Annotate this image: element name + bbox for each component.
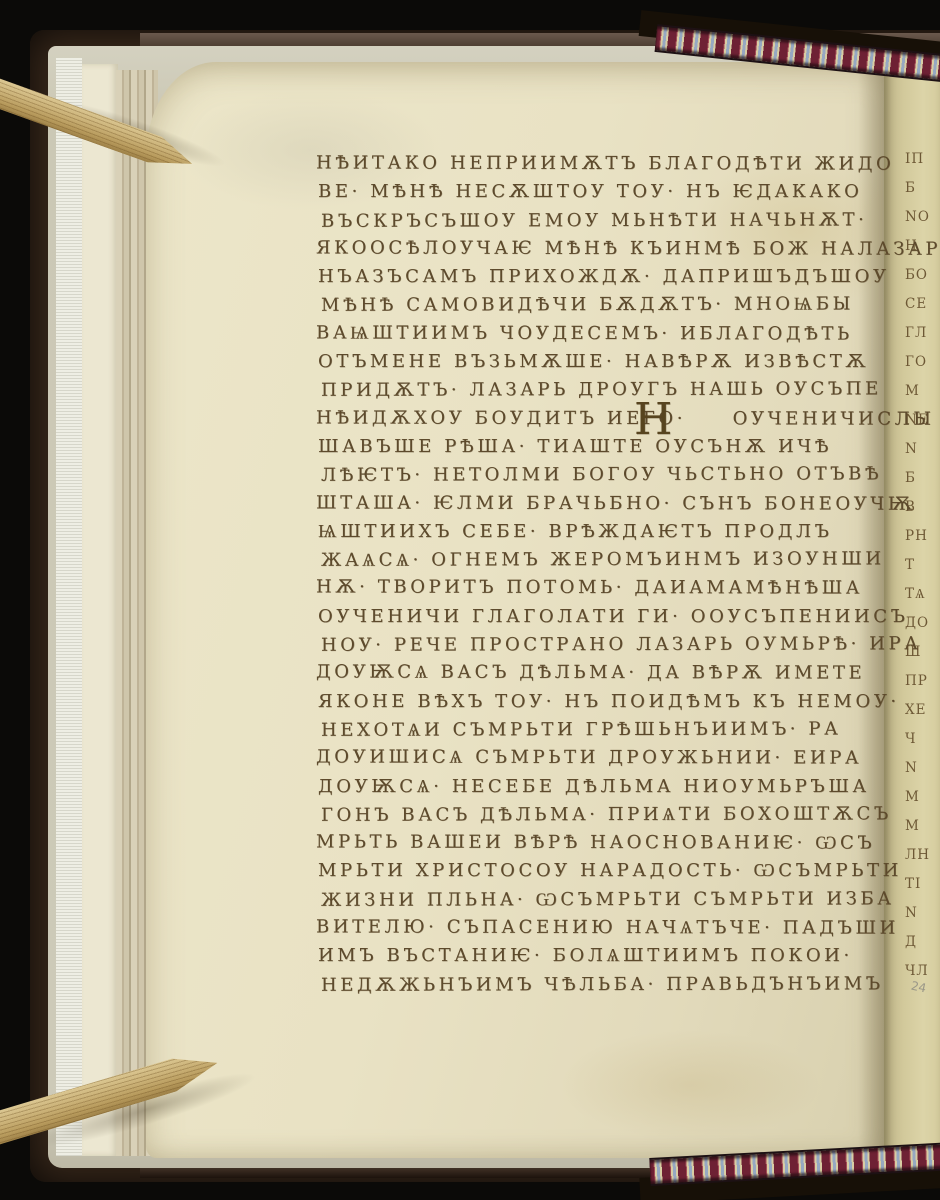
text-line: ВЕ· МѢНѢ НЕСѪШТОУ ТОУ· НЪ ѤДАКАКО xyxy=(318,178,914,206)
text-line: ОУЧЕНИЧИ ГЛАГОЛАТИ ГИ· ООУСЪПЕНИИСЪ xyxy=(318,603,914,631)
text-line: НѢИТАКО НЕПРИИМѪТЪ БЛАГОДѢТИ ЖИДО xyxy=(316,149,912,179)
text-line: ВИТЕЛЮ· СЪПАСЕНИЮ НАЧѦТЪЧЕ· ПАДЪШИ xyxy=(316,913,912,943)
text-line: ИМЪ ВЪСТАНИѤ· БОЛѦШТИИМЪ ПОКОИ· xyxy=(318,942,914,970)
text-line: МРЬТИ ХРИСТОСОУ НАРАДОСТЬ· ѠСЪМРЬТИ xyxy=(318,857,914,885)
text-line: ДОУѬСѦ· НЕСЕБЕ ДѢЛЬМА НИОУМЬРЪША xyxy=(318,773,914,801)
parchment-stain xyxy=(560,1030,820,1140)
text-block: НѢИТАКО НЕПРИИМѪТЪ БЛАГОДѢТИ ЖИДОВЕ· МѢН… xyxy=(318,150,914,999)
text-line: ВЪСКРЪСЪШОУ ЕМОУ МЬНѢТИ НАЧЬНѪТ· xyxy=(321,206,917,236)
drop-initial-letter: Н xyxy=(634,398,672,442)
text-line: ДОУѬСѦ ВАСЪ ДѢЛЬМА· ДА ВѢРѪ ИМЕТЕ xyxy=(316,659,912,689)
text-line: ГОНЪ ВАСЪ ДѢЛЬМА· ПРИѦТИ БОХОШТѪСЪ xyxy=(321,800,917,830)
text-line: ШТАША· ѤЛМИ БРАЧЬБНО· СЪНЪ БОНЕОУЧѬ xyxy=(316,489,912,519)
text-line: НЕДѪЖЬНЪИМЪ ЧѢЛЬБА· ПРАВЬДЪНЪИМЪ xyxy=(321,970,917,1000)
manuscript-photo: ІПБNOНБОСЕГЛГОМNЕNБВРНТТѦДОШПРХЕЧNММЛНТІ… xyxy=(0,0,940,1200)
text-line: ПРИДѪТЪ· ЛАЗАРЬ ДРОУГЪ НАШЬ ОУСЪПЕ xyxy=(321,376,917,406)
text-line: ДОУИШИСѦ СЪМРЬТИ ДРОУЖЬНИИ· ЕИРА xyxy=(316,744,912,774)
text-line: НЪАЗЪСАМЪ ПРИХОЖДѪ· ДАПРИШЪДЪШОУ xyxy=(318,263,914,291)
text-line: НЕХОТѦИ СЪМРЬТИ ГРѢШЬНЪИИМЪ· РА xyxy=(321,715,917,745)
text-line: НОУ· РЕЧЕ ПРОСТРАНО ЛАЗАРЬ ОУМЬРѢ· ИРА xyxy=(321,630,917,660)
page-stack-edge xyxy=(82,64,118,1156)
text-line: ЯКООСѢЛОУЧАѤ МѢНѢ КЪИНМѢ БОЖ НАЛАЗАРЪ xyxy=(316,234,912,264)
text-line: ѨШТИИХЪ СЕБЕ· ВРѢЖДАѤТЪ ПРОДЛЪ xyxy=(318,518,914,546)
text-line: МѢНѢ САМОВИДѢЧИ БѪДѪТЪ· МНОѨБЫ xyxy=(321,291,917,321)
text-line: ЛѢѤТЪ· НЕТОЛМИ БОГОУ ЧЬСТЬНО ОТЪВѢ xyxy=(321,460,917,490)
text-line: НѪ· ТВОРИТЪ ПОТОМЬ· ДАИАМАМѢНѢША xyxy=(316,574,912,604)
text-line: МРЬТЬ ВАШЕИ ВѢРѢ НАОСНОВАНИѤ· ѠСЪ xyxy=(316,829,912,859)
text-line: ЖИЗНИ ПЛЬНА· ѠСЪМРЬТИ СЪМРЬТИ ИЗБА xyxy=(321,885,917,915)
page-fore-edges xyxy=(56,58,82,1156)
text-line: ВАѨШТИИМЪ ЧОУДЕСЕМЪ· ИБЛАГОДѢТЬ xyxy=(316,319,912,349)
text-line: ЯКОНЕ ВѢХЪ ТОУ· НЪ ПОИДѢМЪ КЪ НЕМОУ· xyxy=(318,688,914,716)
text-line: ОТЪМЕНЕ ВЪЗЬМѪШЕ· НАВѢРѪ ИЗВѢСТѪ xyxy=(318,348,914,376)
text-line: ШАВЪШЕ РѢША· ТИАШТЕ ОУСЪНѪ ИЧѢ xyxy=(318,433,914,461)
text-line: НѢИДѪХОУ БОУДИТЪ ИЕГО· ОУЧЕНИЧИСЛЫ xyxy=(316,404,912,434)
text-line: ЖАѦСѦ· ОГНЕМЪ ЖЕРОМЪИНМЪ ИЗОУНШИ xyxy=(321,545,917,575)
